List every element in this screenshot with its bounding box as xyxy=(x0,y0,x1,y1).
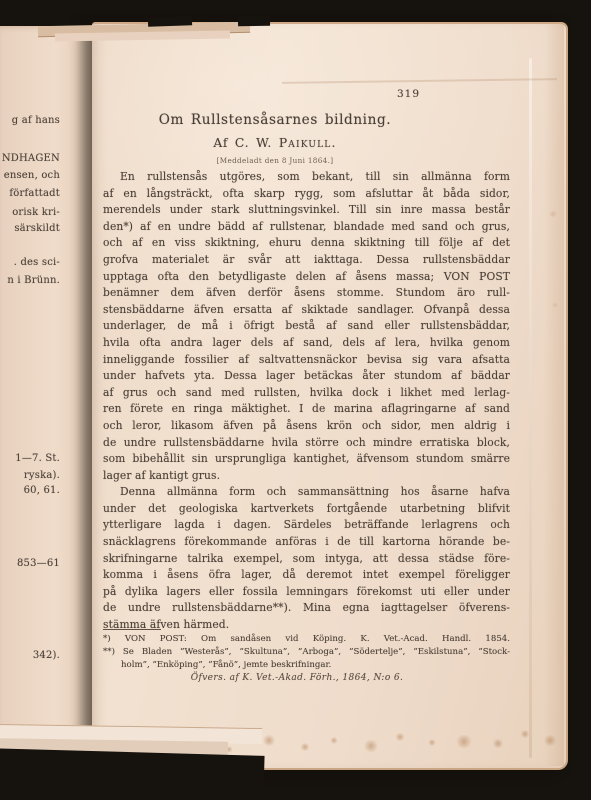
body-line: underlager, de må i öfrigt bestå af sand… xyxy=(103,318,510,335)
body-line: inneliggande fossilier af saltvattensnäc… xyxy=(103,352,510,369)
body-line: upptaga ofta den betydligaste delen af å… xyxy=(103,269,510,286)
body-line: stämma äfven härmed. xyxy=(103,617,510,634)
torn-edge-notch xyxy=(238,16,270,27)
body-line: ren förete en ringa mäktighet. I de mari… xyxy=(103,401,510,418)
body-line: och af en viss skiktning, ehuru denna sk… xyxy=(103,235,510,252)
book-page: 319 Om Rullstensåsarnes bildning. Af C. … xyxy=(92,22,568,770)
margin-fragment: n i Brünn. xyxy=(7,275,60,286)
background-wedge xyxy=(0,748,265,800)
footnote-line: holm”, ”Enköping”, ”Fånö”, jemte beskrif… xyxy=(103,659,510,672)
body-line: En rullstensås utgöres, som bekant, till… xyxy=(103,169,510,186)
margin-fragment: särskildt xyxy=(14,223,60,234)
body-line: lager af kantigt grus. xyxy=(103,468,510,485)
communicated-dateline: [Meddeladt den 8 Juni 1864.] xyxy=(102,156,448,165)
foxing-stain xyxy=(330,737,338,744)
torn-edge-notch xyxy=(148,16,192,27)
body-line: snäcklagrens förekommande anföras i de t… xyxy=(103,534,510,551)
foxing-stain xyxy=(549,210,557,218)
article-byline: Af C. W. Paikull. xyxy=(102,136,448,150)
scanned-book-photo: g af hansNDHAGENensen, ochförfattadtoris… xyxy=(0,0,591,800)
body-line: benämner dem äfven derför åsens stomme. … xyxy=(103,285,510,302)
foxing-stain xyxy=(492,739,504,748)
article-body: En rullstensås utgöres, som bekant, till… xyxy=(103,169,510,634)
body-line: den*) af en undre bädd af rullstenar, bl… xyxy=(103,219,510,236)
byline-prefix: Af C. W. xyxy=(213,136,278,150)
footnote-line: *) VON POST: Om sandåsen vid Köping. K. … xyxy=(103,633,510,646)
page-right-edge-shading xyxy=(544,24,564,766)
margin-fragment: ryska). xyxy=(24,470,60,481)
foxing-stain xyxy=(428,739,436,746)
body-line: af grus och sand med rullsten, hvilka do… xyxy=(103,385,510,402)
body-line: de undre rullstensbäddarne hvila större … xyxy=(103,435,510,452)
margin-fragment: 60, 61. xyxy=(24,485,60,496)
page-crease-vertical xyxy=(529,58,532,758)
body-line: af en långsträckt, ofta skarp rygg, som … xyxy=(103,186,510,203)
page-number: 319 xyxy=(397,88,429,100)
margin-fragment: . des sci- xyxy=(14,257,60,268)
body-line: stensbäddarne äfven ersatta af skiktade … xyxy=(103,302,510,319)
margin-fragment: ensen, och xyxy=(4,170,60,181)
journal-footer: Öfvers. af K. Vet.-Akad. Förh., 1864, N:… xyxy=(102,673,492,683)
margin-fragment: författadt xyxy=(9,188,60,199)
foxing-stain xyxy=(395,733,405,741)
body-line: under det geologiska kartverkets fortgåe… xyxy=(103,501,510,518)
margin-fragment: NDHAGEN xyxy=(2,153,60,164)
foxing-stain xyxy=(262,735,276,746)
body-line: hvila ofta andra lager dels af sand, del… xyxy=(103,335,510,352)
author-name: Paikull. xyxy=(279,136,337,150)
body-line: merendels under stark sluttningsvinkel. … xyxy=(103,202,510,219)
margin-fragment: 342). xyxy=(33,650,60,661)
foxing-stain xyxy=(300,743,310,751)
body-line: ytterligare lagda i dagen. Särdeles betr… xyxy=(103,517,510,534)
margin-fragment: 1—7. St. xyxy=(15,453,60,464)
footnote-line: **) Se Bladen ”Westerås”, ”Skultuna”, ”A… xyxy=(103,646,510,659)
body-line: komma i åsens öfra lager, då deremot int… xyxy=(103,567,510,584)
body-line: som bibehållit sin ursprungliga kantighe… xyxy=(103,451,510,468)
margin-fragment: g af hans xyxy=(12,115,60,126)
paragraph-2: Denna allmänna form och sammansättning h… xyxy=(103,484,510,633)
foxing-stain xyxy=(520,730,530,738)
body-line: grofva materialet är svår att iakttaga. … xyxy=(103,252,510,269)
article-header: Om Rullstensåsarnes bildning. Af C. W. P… xyxy=(102,112,448,165)
article-title: Om Rullstensåsarnes bildning. xyxy=(102,112,448,128)
body-line: under hafvets yta. Dessa lager betäckas … xyxy=(103,368,510,385)
foxing-stain xyxy=(363,740,379,752)
body-line: de undre rullstensbäddarne**). Mina egna… xyxy=(103,600,510,617)
underlying-page-edge: g af hansNDHAGENensen, ochförfattadtoris… xyxy=(0,26,100,762)
margin-fragment: orisk kri- xyxy=(12,207,60,218)
footnotes: *) VON POST: Om sandåsen vid Köping. K. … xyxy=(103,633,510,673)
paragraph-1: En rullstensås utgöres, som bekant, till… xyxy=(103,169,510,484)
body-line: Denna allmänna form och sammansättning h… xyxy=(103,484,510,501)
page-crease-horizontal xyxy=(282,78,557,84)
body-line: och leror, likasom äfven på åsens krön o… xyxy=(103,418,510,435)
foxing-stain xyxy=(552,302,558,308)
body-line: på dylika lagers eller fossila lemningar… xyxy=(103,584,510,601)
footnote-rule xyxy=(103,629,161,630)
foxing-stain xyxy=(455,735,473,748)
body-line: skrifningarne talrika exempel, som intyg… xyxy=(103,551,510,568)
margin-fragment: 853—61 xyxy=(17,558,60,569)
foxing-stain xyxy=(543,735,557,746)
